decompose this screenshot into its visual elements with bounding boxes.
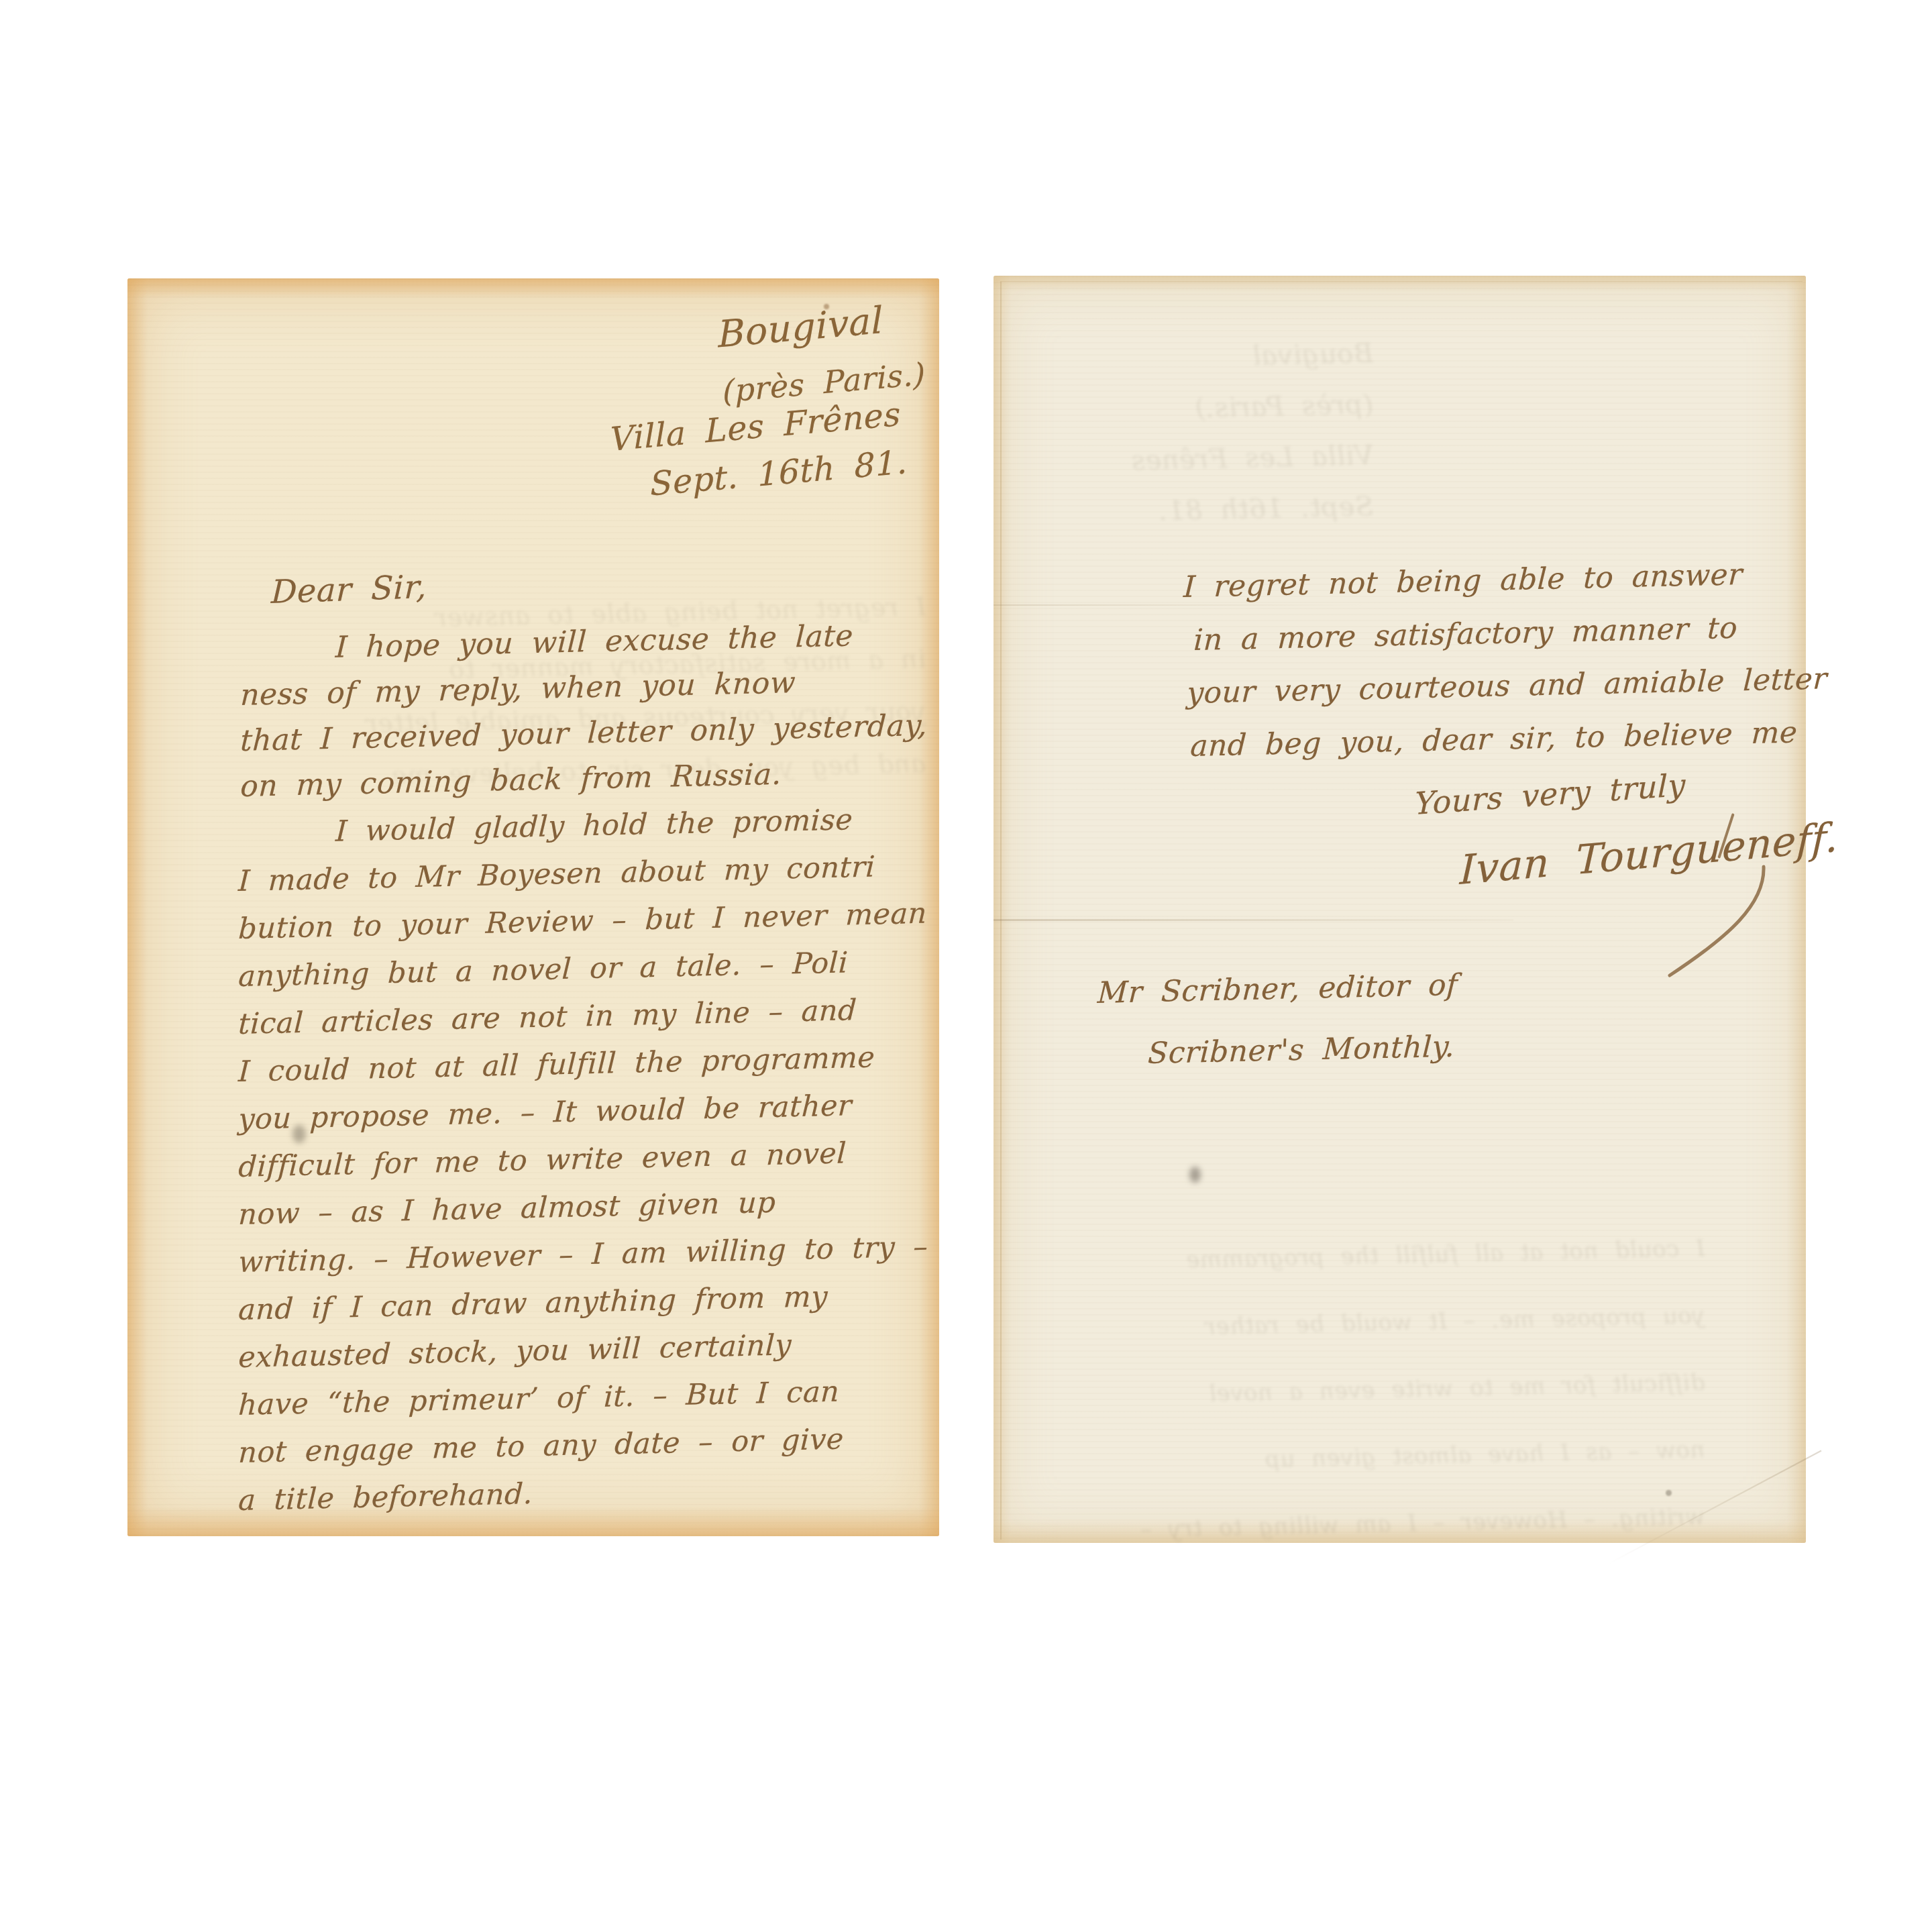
dateline-place: Bougival [610,299,883,366]
bleedthrough-block: I could not at all fulfill the programme… [1034,1215,1705,1550]
paragraph-2: I would gladly hold the promise I made t… [238,810,928,1525]
salutation-text: Dear Sir, [270,568,427,611]
paper-speck [1666,1490,1672,1496]
photo-canvas: I regret not being able to answer in a m… [0,0,1932,1932]
letter-page-2: Bougival (près Paris.) Villa Les Frênes … [994,276,1806,1543]
addressee-line: Scribner's Monthly. [1147,1029,1458,1071]
bleedthrough-line: difficult for me to write even a novel [1032,1349,1706,1432]
bleedthrough-line: Bougival [1077,328,1375,386]
bleedthrough-line: I could not at all fulfill the programme [1032,1215,1706,1297]
valediction: Yours very truly [1415,786,1686,822]
signature-text: Ivan Tourgueneff. [1459,814,1839,894]
addressee-block: Mr Scribner, editor of Scribner's Monthl… [1097,976,1458,1071]
ink-smudge [1189,1167,1201,1183]
signature-flourish [1664,863,1768,980]
valediction-text: Yours very truly [1415,767,1686,822]
signature: Ivan Tourgueneff. [1460,847,1839,894]
bleedthrough-line: (près Paris.) [1077,379,1375,437]
dateline: Bougival (près Paris.) Villa Les Frênes … [609,299,926,481]
paragraph-1: I hope you will excuse the late ness of … [240,627,927,810]
bleedthrough-line: you propose me. – It would be rather [1032,1282,1706,1364]
bleedthrough-line: Sept. 16th 81. [1077,481,1375,539]
bleedthrough-block: Bougival (près Paris.) Villa Les Frênes … [1078,328,1373,532]
closing-paragraph: I regret not being able to answer in a m… [1183,561,1827,773]
fold-crease [994,919,1513,921]
letter-page-1: I regret not being able to answer in a m… [127,278,939,1536]
corner-crease [1608,1450,1822,1565]
bleedthrough-line: now – as I have almost given up [1032,1416,1706,1499]
bleedthrough-line: Villa Les Frênes [1077,430,1375,488]
salutation: Dear Sir, [271,574,427,611]
addressee-line: Mr Scribner, editor of [1097,968,1458,1011]
bleedthrough-line: writing. – However – I am willing to try… [1032,1483,1706,1566]
